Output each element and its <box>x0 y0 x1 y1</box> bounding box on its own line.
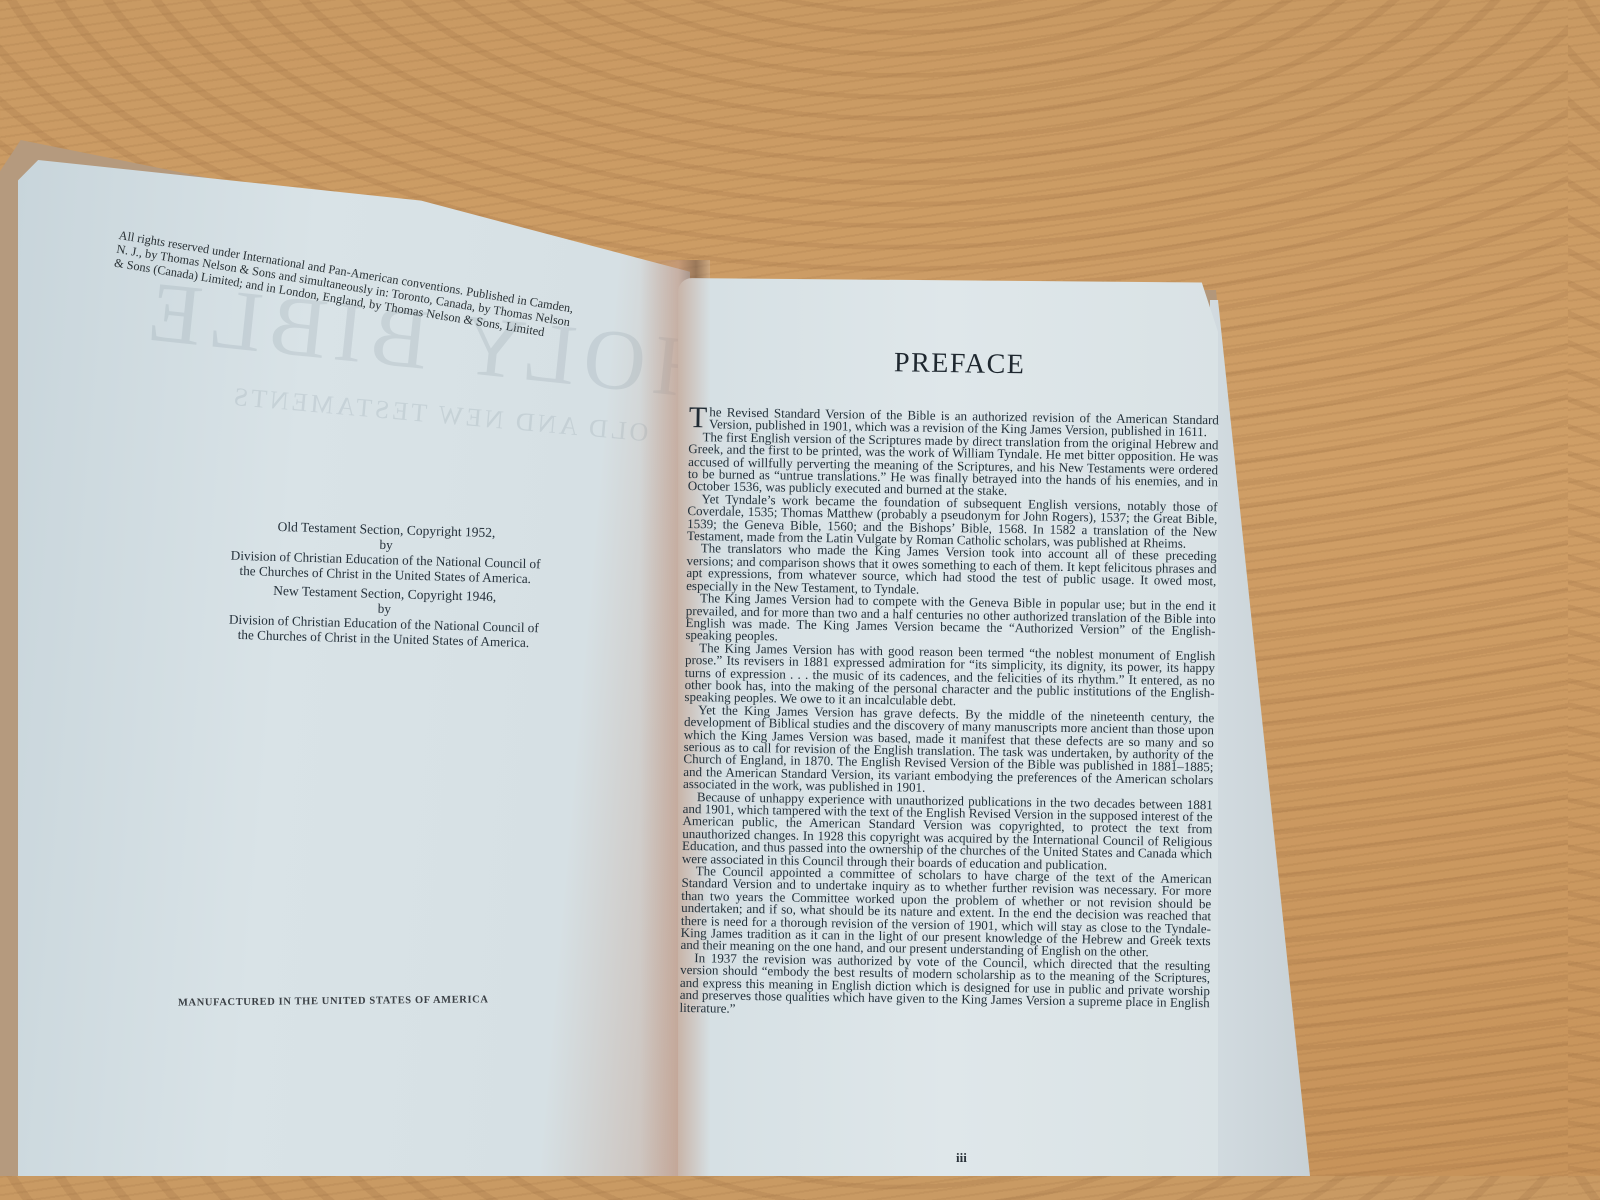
preface-paragraph: In 1937 the revision was authorized by v… <box>679 952 1210 1022</box>
preface-body: The Revised Standard Version of the Bibl… <box>679 406 1218 1022</box>
page-number: iii <box>956 1150 967 1166</box>
preface-paragraph: The King James Version has with good rea… <box>684 642 1215 712</box>
preface-paragraph: Yet the King James Version has grave def… <box>683 704 1214 799</box>
preface-paragraph: The Council appointed a committee of sch… <box>680 865 1211 960</box>
copyright-block: Old Testament Section, Copyright 1952, b… <box>178 516 591 651</box>
drop-cap: T <box>689 406 708 430</box>
preface: PREFACE The Revised Standard Version of … <box>679 344 1219 1022</box>
preface-paragraph: The first English version of the Scriptu… <box>688 431 1219 501</box>
preface-paragraph: Because of unhappy experience with unaut… <box>682 791 1213 874</box>
